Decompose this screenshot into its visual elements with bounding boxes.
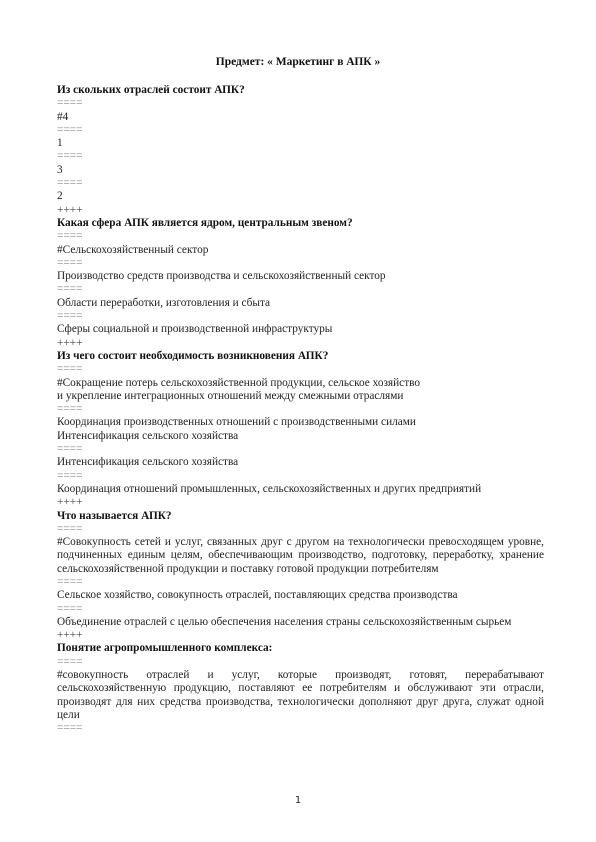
- answer-option: Объединение отраслей с целью обеспечения…: [57, 616, 544, 629]
- block-end-marker: ++++: [57, 337, 544, 350]
- answer-separator: ====: [57, 403, 544, 416]
- answer-separator: ====: [57, 656, 544, 669]
- question-text: Понятие агропромышленного комплекса:: [57, 642, 544, 655]
- answer-option: Интенсификация сельского хозяйства: [57, 456, 544, 469]
- question-block: Какая сфера АПК является ядром, централь…: [57, 217, 544, 350]
- document-page: Предмет: « Маркетинг в АПК » Из скольких…: [0, 0, 596, 842]
- answer-separator: ====: [57, 310, 544, 323]
- answer-option: Координация производственных отношений с…: [57, 416, 544, 443]
- answer-separator: ====: [57, 124, 544, 137]
- block-end-marker: ++++: [57, 496, 544, 509]
- answer-separator: ====: [57, 177, 544, 190]
- answer-separator: ====: [57, 230, 544, 243]
- answer-option: Сельское хозяйство, совокупность отрасле…: [57, 589, 544, 602]
- answer-separator: ====: [57, 283, 544, 296]
- answer-option: 3: [57, 164, 544, 177]
- question-block: Из чего состоит необходимость возникнове…: [57, 350, 544, 510]
- question-text: Из скольких отраслей состоит АПК?: [57, 84, 544, 97]
- answer-separator: ====: [57, 523, 544, 536]
- answer-option: Координация отношений промышленных, сель…: [57, 483, 544, 496]
- answer-separator: ====: [57, 470, 544, 483]
- answer-option: Области переработки, изготовления и сбыт…: [57, 297, 544, 310]
- question-block: Что называется АПК? ==== #Совокупность с…: [57, 510, 544, 643]
- answer-option: Производство средств производства и сель…: [57, 270, 544, 283]
- answer-option: Сферы социальной и производственной инфр…: [57, 323, 544, 336]
- answer-separator: ====: [57, 722, 544, 735]
- answer-option: #Совокупность сетей и услуг, связанных д…: [57, 536, 544, 576]
- answer-option: #Сокращение потерь сельскохозяйственной …: [57, 377, 544, 404]
- question-text: Какая сфера АПК является ядром, централь…: [57, 217, 544, 230]
- answer-option: #Сельскохозяйственный сектор: [57, 244, 544, 257]
- answer-separator: ====: [57, 257, 544, 270]
- question-text: Из чего состоит необходимость возникнове…: [57, 350, 544, 363]
- question-block: Понятие агропромышленного комплекса: ===…: [57, 642, 544, 735]
- document-body: Из скольких отраслей состоит АПК? ==== #…: [57, 84, 544, 736]
- answer-separator: ====: [57, 603, 544, 616]
- answer-option: #4: [57, 111, 544, 124]
- answer-separator: ====: [57, 576, 544, 589]
- document-title: Предмет: « Маркетинг в АПК »: [0, 56, 596, 68]
- question-text: Что называется АПК?: [57, 510, 544, 523]
- answer-option: 1: [57, 137, 544, 150]
- answer-option: 2: [57, 190, 544, 203]
- answer-separator: ====: [57, 443, 544, 456]
- answer-option: #совокупность отраслей и услуг, которые …: [57, 669, 544, 722]
- answer-separator: ====: [57, 150, 544, 163]
- answer-separator: ====: [57, 363, 544, 376]
- block-end-marker: ++++: [57, 204, 544, 217]
- answer-separator: ====: [57, 97, 544, 110]
- page-number: 1: [0, 795, 596, 806]
- question-block: Из скольких отраслей состоит АПК? ==== #…: [57, 84, 544, 217]
- block-end-marker: ++++: [57, 629, 544, 642]
